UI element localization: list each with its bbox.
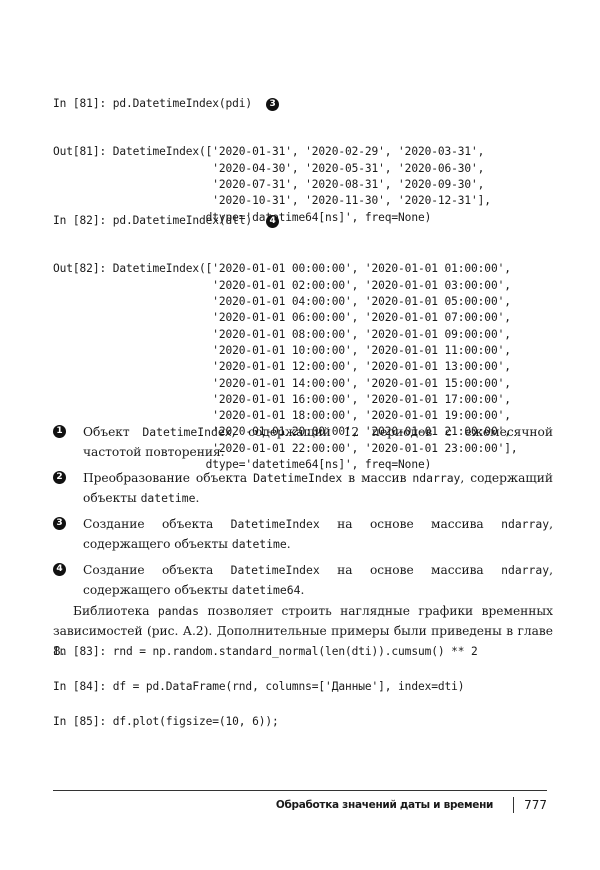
text-run: Создание объекта <box>83 517 231 531</box>
code-cell-84: In [84]: df = pd.DataFrame(rnd, columns=… <box>53 679 464 695</box>
output-line: '2020-01-01 02:00:00', '2020-01-01 03:00… <box>53 278 517 294</box>
callout-note-text: Создание объекта DatetimeIndex на основе… <box>83 514 553 554</box>
callout-3-icon: 3 <box>266 98 279 111</box>
text-run: Объект <box>83 425 142 439</box>
callout-note: 2Преобразование объекта DatetimeIndex в … <box>53 468 553 508</box>
chapter-title: Обработка значений даты и времени <box>276 799 493 811</box>
text-run: . <box>195 491 199 505</box>
output-line: '2020-04-30', '2020-05-31', '2020-06-30'… <box>53 161 491 177</box>
callout-4-icon: 4 <box>266 215 279 228</box>
inline-code: ndarray <box>501 563 549 577</box>
inline-code: DatetimeIndex <box>231 563 320 577</box>
text-run: . <box>300 583 304 597</box>
callout-note-text: Создание объекта DatetimeIndex на основе… <box>83 560 553 600</box>
text-run: . <box>287 537 291 551</box>
text-run: Преобразование объекта <box>83 471 253 485</box>
inline-code: DatetimeIndex <box>142 425 231 439</box>
code-cell-85: In [85]: df.plot(figsize=(10, 6)); <box>53 714 279 730</box>
callout-notes: 1Объект DatetimeIndex, содержащий 12 пер… <box>53 422 553 606</box>
output-line: '2020-01-01 06:00:00', '2020-01-01 07:00… <box>53 310 517 326</box>
text-run: на основе массива <box>320 517 501 531</box>
callout-number-icon: 3 <box>53 517 66 530</box>
callout-note-text: Преобразование объекта DatetimeIndex в м… <box>83 468 553 508</box>
inline-code: datetime <box>232 537 287 551</box>
text-run: Создание объекта <box>83 563 231 577</box>
cell-81-input: In [81]: pd.DatetimeIndex(pdi) <box>53 97 252 110</box>
output-line: Out[82]: DatetimeIndex(['2020-01-01 00:0… <box>53 261 517 277</box>
callout-number-icon: 1 <box>53 425 66 438</box>
code-cell-83: In [83]: rnd = np.random.standard_normal… <box>53 644 478 660</box>
footer-divider <box>53 790 547 791</box>
callout-note: 4Создание объекта DatetimeIndex на основ… <box>53 560 553 600</box>
inline-code: datetime <box>141 491 196 505</box>
callout-note: 3Создание объекта DatetimeIndex на основ… <box>53 514 553 554</box>
cell-82-input: In [82]: pd.DatetimeIndex(dtl) <box>53 214 252 227</box>
inline-code: ndarray <box>501 517 549 531</box>
page-footer: Обработка значений даты и времени 777 <box>276 797 547 813</box>
text-run: на основе массива <box>320 563 501 577</box>
inline-code: DatetimeIndex <box>231 517 320 531</box>
output-line: '2020-01-01 12:00:00', '2020-01-01 13:00… <box>53 359 517 375</box>
inline-code: ndarray <box>412 471 460 485</box>
callout-number-icon: 2 <box>53 471 66 484</box>
footer-separator <box>513 797 514 813</box>
callout-note: 1Объект DatetimeIndex, содержащий 12 пер… <box>53 422 553 462</box>
inline-code: pandas <box>158 604 199 618</box>
text-run: Библиотека <box>73 604 158 618</box>
output-line: '2020-01-01 08:00:00', '2020-01-01 09:00… <box>53 327 517 343</box>
inline-code: DatetimeIndex <box>253 471 342 485</box>
callout-number-icon: 4 <box>53 563 66 576</box>
output-line: Out[81]: DatetimeIndex(['2020-01-31', '2… <box>53 144 491 160</box>
output-line: '2020-01-01 10:00:00', '2020-01-01 11:00… <box>53 343 517 359</box>
output-line: '2020-01-01 04:00:00', '2020-01-01 05:00… <box>53 294 517 310</box>
output-line: '2020-01-01 14:00:00', '2020-01-01 15:00… <box>53 376 517 392</box>
inline-code: datetime64 <box>232 583 301 597</box>
page-number: 777 <box>524 798 547 812</box>
text-run: в массив <box>342 471 412 485</box>
callout-note-text: Объект DatetimeIndex, содержащий 12 пери… <box>83 422 553 462</box>
output-line: '2020-01-01 16:00:00', '2020-01-01 17:00… <box>53 392 517 408</box>
